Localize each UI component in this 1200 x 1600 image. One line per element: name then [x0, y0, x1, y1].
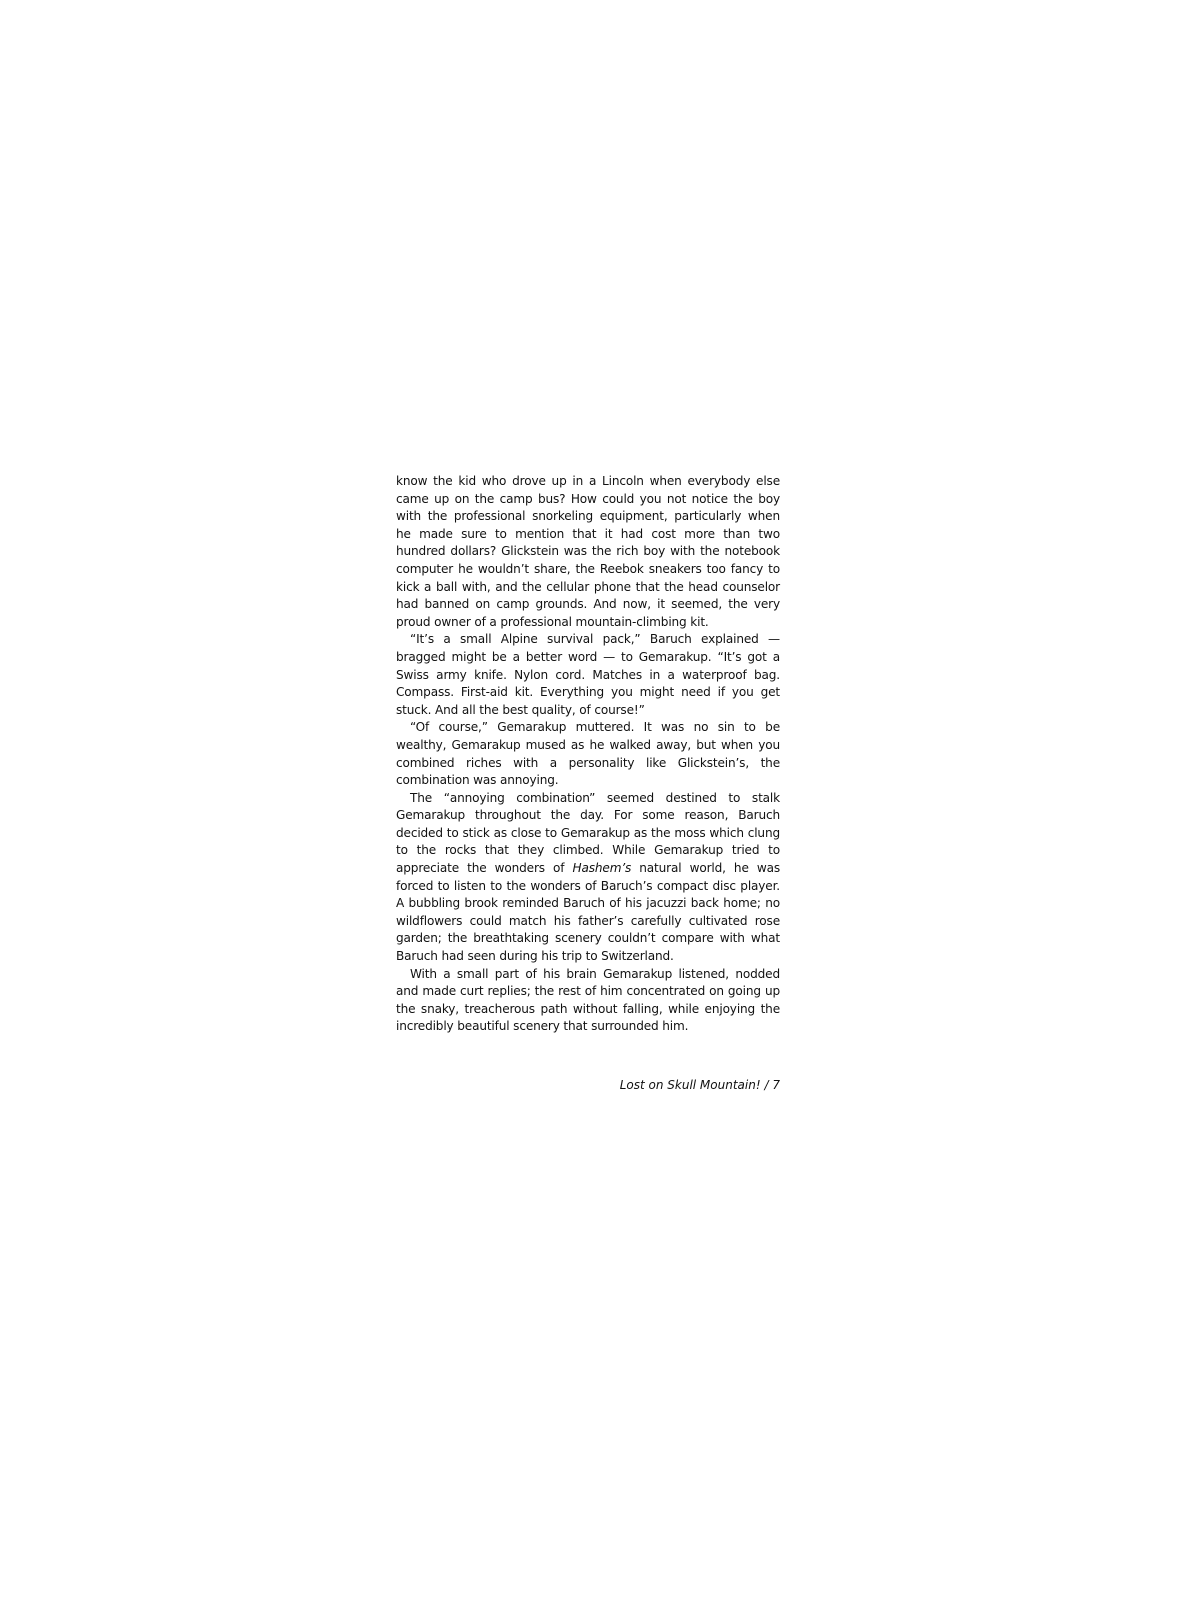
page-footer: Lost on Skull Mountain! / 7: [396, 1078, 780, 1092]
page-body: know the kid who drove up in a Lincoln w…: [396, 473, 780, 1036]
paragraph-1: know the kid who drove up in a Lincoln w…: [396, 473, 780, 631]
paragraph-4: The “annoying combination” seemed destin…: [396, 790, 780, 966]
paragraph-2: “It’s a small Alpine survival pack,” Bar…: [396, 631, 780, 719]
italic-word-hashems: Hashem’s: [573, 861, 632, 875]
paragraph-4-text-after: natural world, he was forced to listen t…: [396, 861, 780, 963]
paragraph-5: With a small part of his brain Gemarakup…: [396, 966, 780, 1036]
page-number: 7: [772, 1078, 780, 1092]
running-title: Lost on Skull Mountain!: [620, 1078, 761, 1092]
paragraph-3: “Of course,” Gemarakup muttered. It was …: [396, 719, 780, 789]
footer-separator: /: [764, 1078, 768, 1092]
